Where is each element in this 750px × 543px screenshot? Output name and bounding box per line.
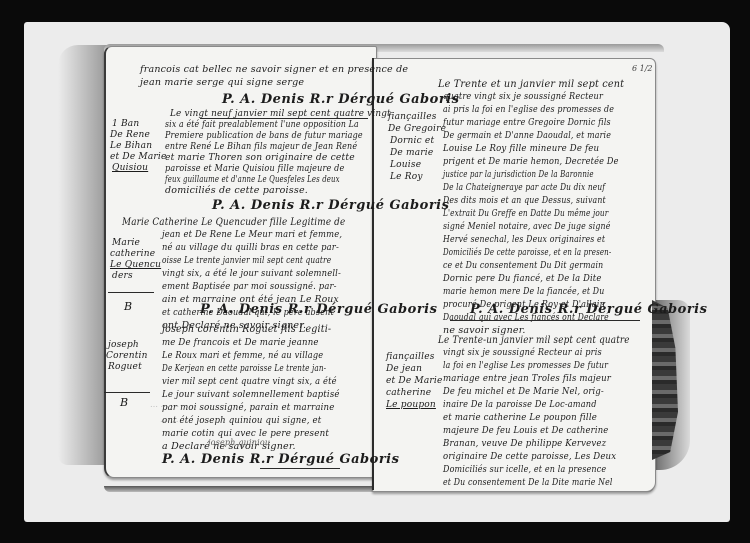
witness-signature: joseph quiniou xyxy=(208,438,270,447)
margin-note: 1 Ban xyxy=(112,119,139,129)
entry-line: mariage entre jean Troles fils majeur xyxy=(443,373,611,384)
margin-note: Marie xyxy=(112,238,140,248)
entry-line: Le jour suivant solemnellement baptisé xyxy=(162,389,340,400)
margin-note: Corentin xyxy=(106,351,148,361)
entry-line: Louise Le Roy fille mineure De feu xyxy=(443,143,599,154)
folio-number: 6 1/2 xyxy=(632,64,653,73)
entry-line: inaire De la paroisse De Loc-amand xyxy=(443,399,597,410)
entry-line: De feu michel et De Marie Nel, orig- xyxy=(443,386,604,397)
entry-line: né au village du quilli bras en cette pa… xyxy=(162,242,339,253)
signature: P. A. Denis R.r Dérgué Gaboris xyxy=(470,302,707,317)
margin-note: Quisiou xyxy=(112,163,148,173)
entry-line: prigent et De marie hemon, Decretée De xyxy=(443,156,619,167)
margin-flourish xyxy=(104,392,150,393)
divider xyxy=(260,468,340,469)
entry-line: marie hemon mere De la fiancée, et Du xyxy=(443,286,604,297)
book-gutter xyxy=(372,58,374,490)
entry-line: De Kerjean en cette paroisse Le trente j… xyxy=(162,363,326,374)
entry-line: Dornic pere Du fiancé, et De la Dite xyxy=(443,273,601,284)
entry-line: Premiere publication de bans de futur ma… xyxy=(165,130,363,141)
margin-note: Dornic et xyxy=(390,136,434,146)
margin-note: De Rene xyxy=(110,130,150,140)
margin-note: ders xyxy=(112,271,133,281)
margin-note: et De Marie xyxy=(386,376,443,386)
signature: P. A. Denis R.r Dérgué Gaboris xyxy=(212,198,449,213)
margin-note: Roguet xyxy=(108,362,142,372)
entry-line: Des dits mois et an que Dessus, suivant xyxy=(443,195,606,206)
entry-line: Domiciliés sur icelle, et en la presence xyxy=(443,464,606,475)
header-line: jean marie serge qui signe serge xyxy=(140,77,304,88)
entry-line: De germain et D'anne Daoudal, et marie xyxy=(443,130,611,141)
entry-line: Le Trente-un janvier mil sept cent quatr… xyxy=(438,334,630,346)
entry-line: la foi en l'eglise Les promesses De futu… xyxy=(443,360,608,371)
divider xyxy=(450,320,640,321)
margin-note: fiançailles xyxy=(388,112,437,122)
entry-line: majeure De feu Louis et De catherine xyxy=(443,425,608,436)
entry-line: me De francois et De marie jeanne xyxy=(162,337,319,348)
entry-line: Marie Catherine Le Quencuder fille Legit… xyxy=(122,216,345,228)
entry-line: Hervé senechal, les Deux originaires et xyxy=(443,234,605,245)
entry-line: ai pris la foi en l'eglise des promesses… xyxy=(443,104,614,115)
book-shadow xyxy=(58,45,110,465)
entry-line: Le vingt neuf janvier mil sept cent quat… xyxy=(170,108,391,119)
signature: P. A. Denis R.r Dérgué Gaboris xyxy=(200,302,437,317)
entry-line: futur mariage entre Gregoire Dornic fils xyxy=(443,117,611,128)
entry-line: feux guillaume et d'anne Le Quesfeles Le… xyxy=(165,174,340,185)
margin-note: joseph xyxy=(108,340,139,350)
entry-line: De la Chateigneraye par acte Du dix neuf xyxy=(443,182,605,193)
entry-line: paroisse et Marie Quisiou fille majeure … xyxy=(165,163,344,174)
header-line: francois cat bellec ne savoir signer et … xyxy=(140,64,408,75)
margin-note: De Gregoire xyxy=(388,124,446,134)
margin-note: Le poupon xyxy=(386,400,436,410)
margin-note: De jean xyxy=(386,364,422,374)
entry-line: Branan, veuve De philippe Kervevez xyxy=(443,438,606,449)
margin-note: De marie xyxy=(390,148,433,158)
margin-note: catherine xyxy=(386,388,431,398)
margin-note: fiançailles xyxy=(386,352,435,362)
entry-line: ont été joseph quiniou qui signe, et xyxy=(162,415,321,426)
entry-line: Le Roux mari et femme, né au village xyxy=(162,350,323,361)
entry-line: signé Meniel notaire, avec De juge signé xyxy=(443,221,611,232)
signature: P. A. Denis R.r Dérgué Gaboris xyxy=(222,92,459,107)
margin-flourish xyxy=(108,292,154,293)
entry-line: Le Trente et un janvier mil sept cent xyxy=(438,78,624,90)
entry-line: et marie catherine Le poupon fille xyxy=(443,412,597,423)
signature: P. A. Denis R.r Dérgué Gaboris xyxy=(162,452,399,467)
margin-note: Le Roy xyxy=(390,172,423,182)
entry-line: joseph corentin Roguet fils Legiti- xyxy=(162,323,331,335)
entry-line: L'extrait Du Greffe en Datte Du même jou… xyxy=(443,208,608,219)
margin-note: B xyxy=(124,300,132,313)
entry-line: quatre vingt six je soussigné Recteur xyxy=(443,91,603,102)
margin-note: catherine xyxy=(110,249,155,259)
entry-line: domiciliés de cette paroisse. xyxy=(165,185,308,196)
entry-line: jean et De Rene Le Meur mari et femme, xyxy=(162,229,342,240)
entry-line: vingt six, a été le jour suivant solemne… xyxy=(162,268,341,279)
entry-line: vier mil sept cent quatre vingt six, a é… xyxy=(162,376,337,387)
entry-line: par moi soussigné, parain et marraine xyxy=(162,402,334,413)
margin-note: et De Marie xyxy=(110,152,167,162)
margin-note: B xyxy=(120,396,128,409)
margin-note: Le Quencu xyxy=(110,260,161,270)
entry-line: vingt six je soussigné Recteur ai pris xyxy=(443,347,602,358)
entry-line: et Du consentement De la Dite marie Nel xyxy=(443,477,613,488)
entry-line: justice par la jurisdiction De la Baronn… xyxy=(443,169,594,180)
entry-line: ce et Du consentement Du Dit germain xyxy=(443,260,603,271)
entry-line: et marie Thoren son originaire de cette xyxy=(165,152,355,163)
entry-line: ement Baptisée par moi soussigné. par- xyxy=(162,281,337,292)
entry-line: originaire De cette paroisse, Les Deux xyxy=(443,451,616,462)
entry-line: oisse Le trente janvier mil sept cent qu… xyxy=(162,255,331,266)
margin-note: Louise xyxy=(390,160,421,170)
entry-line: six a été fait prealablement l'une oppos… xyxy=(165,119,359,130)
entry-line: entre René Le Bihan fils majeur de Jean … xyxy=(165,141,357,152)
margin-note: Le Bihan xyxy=(110,141,152,151)
entry-line: Domiciliés De cette paroisse, et en la p… xyxy=(443,247,611,258)
